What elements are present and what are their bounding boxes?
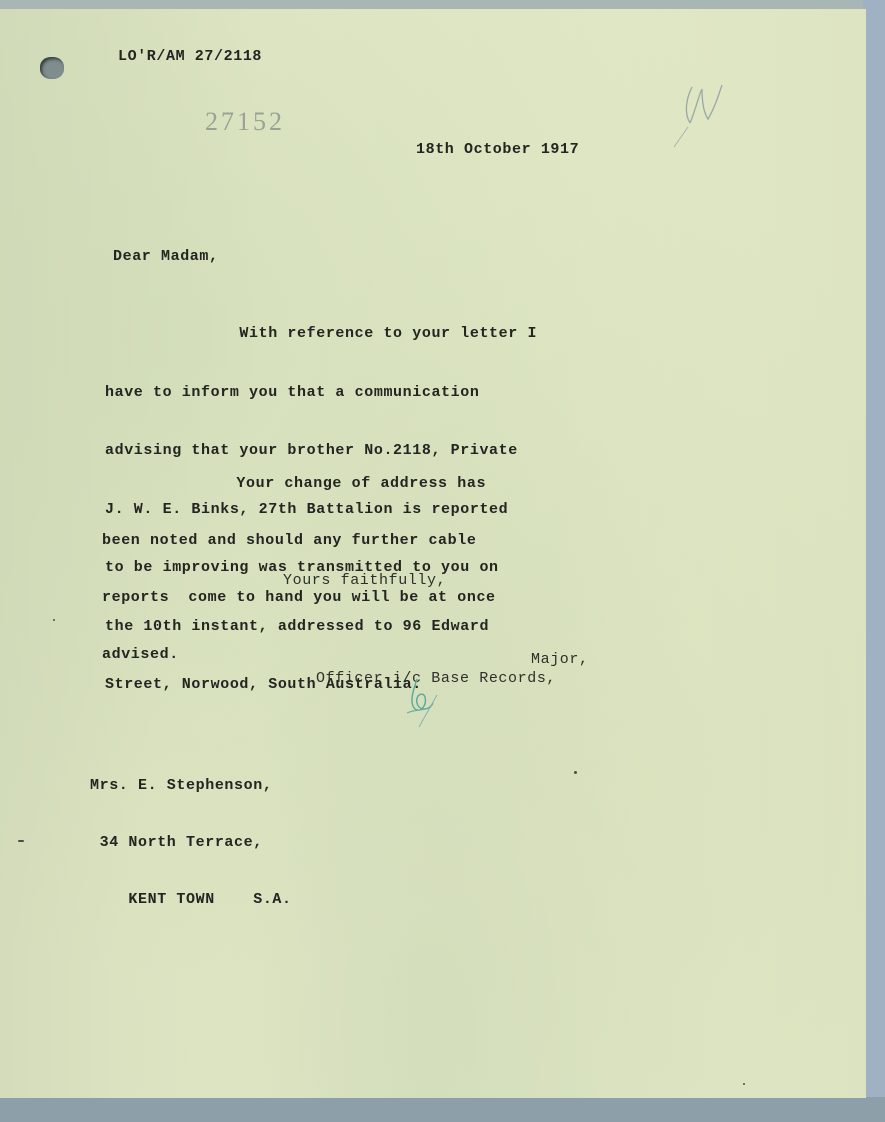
- stamp-number: 27152: [205, 107, 285, 137]
- recipient-town: KENT TOWN S.A.: [90, 890, 292, 909]
- pencil-initials-icon: [668, 79, 728, 149]
- recipient-address: Mrs. E. Stephenson, 34 North Terrace, KE…: [90, 738, 292, 947]
- letter-date: 18th October 1917: [416, 140, 579, 159]
- body-line: been noted and should any further cable: [102, 531, 496, 550]
- scan-border-top: [0, 0, 885, 9]
- salutation: Dear Madam,: [113, 247, 219, 266]
- closing: Yours faithfully,: [283, 571, 446, 590]
- scan-border-right: [863, 0, 885, 1122]
- signature-rank: Major,: [531, 650, 589, 669]
- paper-speck: [743, 1083, 745, 1085]
- body-line: have to inform you that a communication: [105, 383, 537, 403]
- body-paragraph-2: Your change of address has been noted an…: [102, 436, 496, 702]
- paper-speck: [18, 840, 24, 842]
- body-line: With reference to your letter I: [105, 324, 537, 344]
- paper-speck: [574, 771, 577, 774]
- body-line: reports come to hand you will be at once: [102, 588, 496, 607]
- body-line: Your change of address has: [102, 474, 496, 493]
- ink-signature-icon: [395, 669, 465, 729]
- recipient-street: 34 North Terrace,: [90, 833, 292, 852]
- body-line: advised.: [102, 645, 496, 664]
- paper-speck: [53, 619, 55, 621]
- letter-page: LO'R/AM 27/2118 27152 18th October 1917 …: [0, 9, 866, 1098]
- scan-border-bottom: [0, 1097, 885, 1122]
- recipient-name: Mrs. E. Stephenson,: [90, 776, 292, 795]
- reference-number: LO'R/AM 27/2118: [118, 47, 262, 66]
- punch-hole-icon: [40, 57, 64, 79]
